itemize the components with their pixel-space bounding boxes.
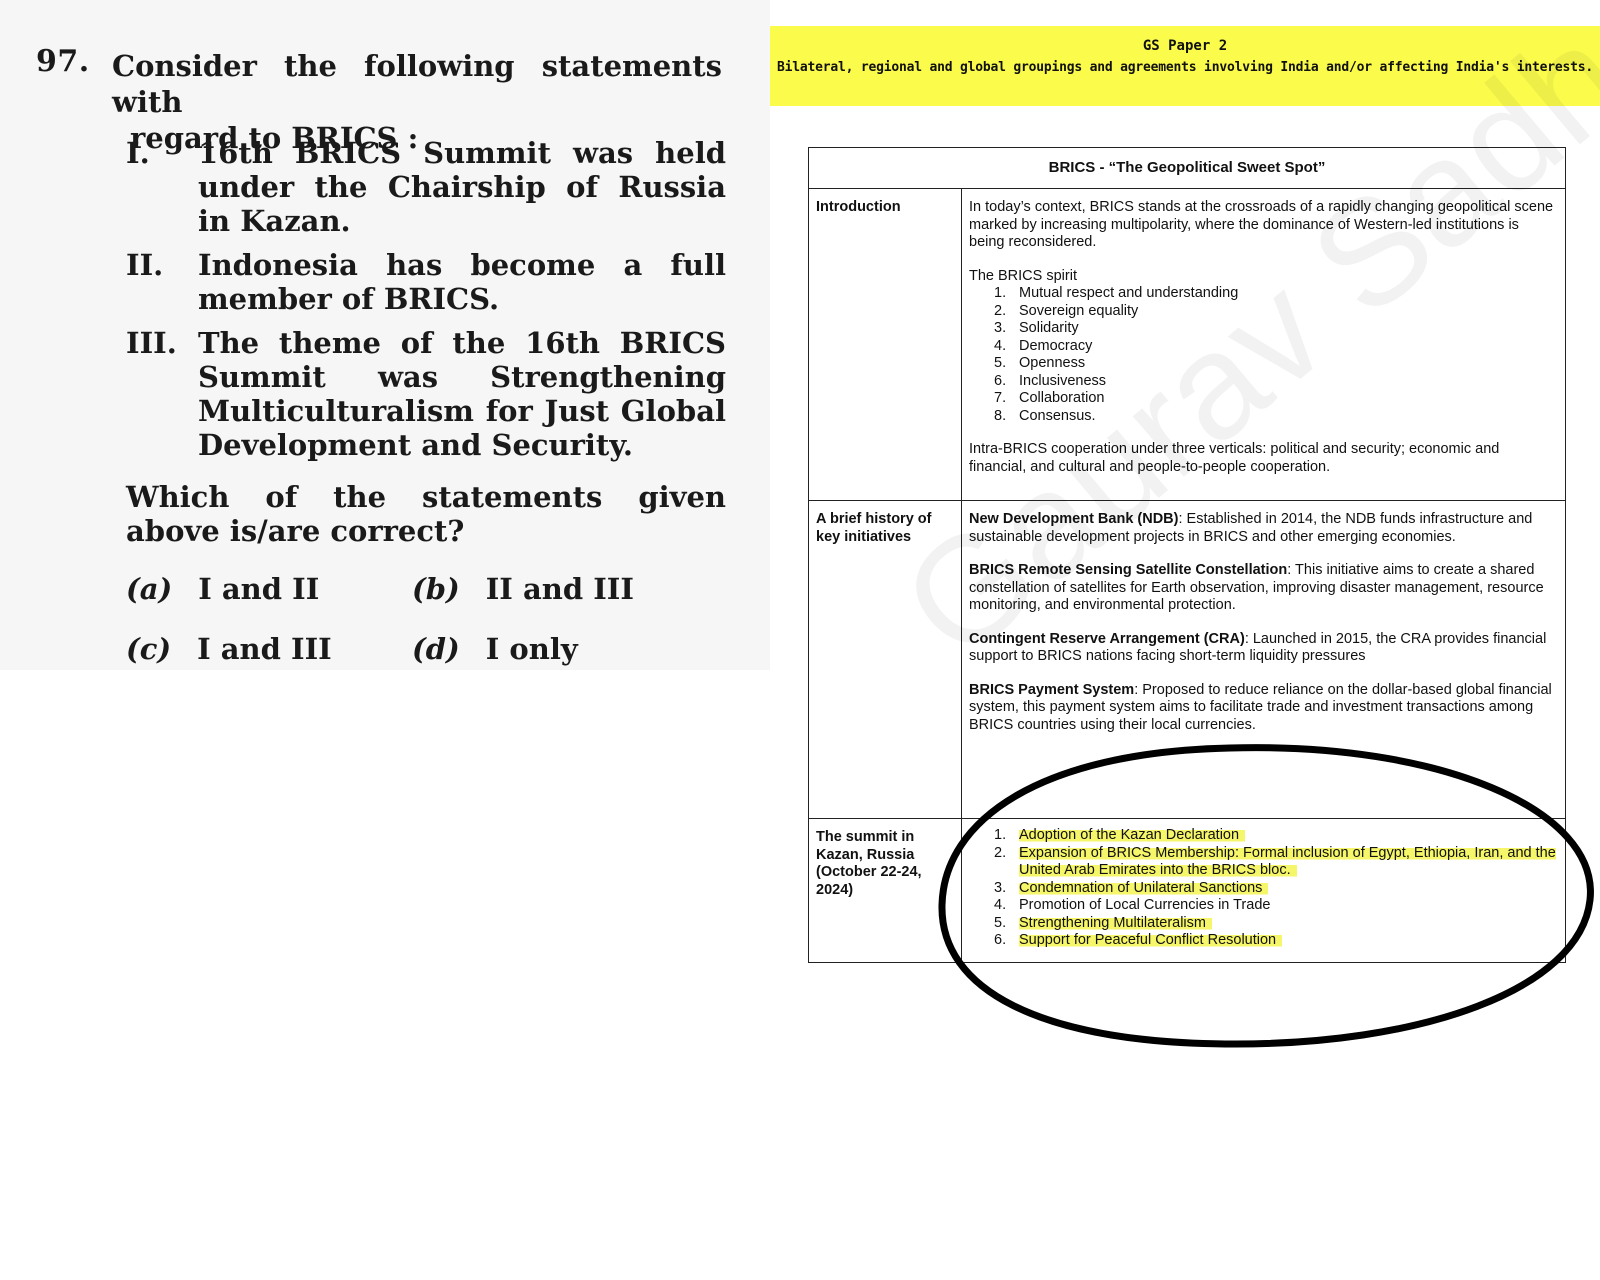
item-text: Solidarity bbox=[1019, 320, 1079, 336]
item-number: 1. bbox=[994, 285, 1006, 303]
option-letter: (b) bbox=[412, 572, 460, 606]
row-label: The summit in Kazan, Russia (October 22-… bbox=[809, 819, 962, 963]
spirit-item: 2.Sovereign equality bbox=[969, 303, 1558, 321]
item-text: Consensus. bbox=[1019, 408, 1096, 424]
table-row-summit: The summit in Kazan, Russia (October 22-… bbox=[809, 819, 1566, 963]
gs-paper-header: GS Paper 2 Bilateral, regional and globa… bbox=[770, 26, 1600, 106]
table-title: BRICS - “The Geopolitical Sweet Spot” bbox=[809, 148, 1566, 189]
row-label: A brief history of key initiatives bbox=[809, 501, 962, 819]
item-number: 4. bbox=[994, 897, 1006, 915]
initiative-name: Contingent Reserve Arrangement (CRA) bbox=[969, 631, 1245, 647]
initiative-paragraph: BRICS Remote Sensing Satellite Constella… bbox=[969, 562, 1558, 615]
item-text: Inclusiveness bbox=[1019, 373, 1106, 389]
gs-paper-title: GS Paper 2 bbox=[770, 38, 1600, 54]
row-content: In today’s context, BRICS stands at the … bbox=[962, 189, 1566, 501]
question-number: 97. bbox=[36, 44, 90, 79]
spirit-item: 4.Democracy bbox=[969, 338, 1558, 356]
initiative-paragraph: Contingent Reserve Arrangement (CRA): La… bbox=[969, 631, 1558, 666]
spirit-item: 1.Mutual respect and understanding bbox=[969, 285, 1558, 303]
row-content: 1.Adoption of the Kazan Declaration2.Exp… bbox=[962, 819, 1566, 963]
table-row-introduction: Introduction In today’s context, BRICS s… bbox=[809, 189, 1566, 501]
statement-numeral: II. bbox=[126, 248, 163, 282]
statement-text: The theme of the 16th BRICS Summit was S… bbox=[198, 326, 726, 462]
item-text: Collaboration bbox=[1019, 390, 1104, 406]
item-number: 3. bbox=[994, 880, 1006, 898]
highlighted-text: Promotion of Local Currencies in Trade bbox=[1019, 897, 1270, 913]
option-letter: (d) bbox=[412, 632, 460, 666]
initiative-name: BRICS Remote Sensing Satellite Constella… bbox=[969, 562, 1287, 578]
item-text: Openness bbox=[1019, 355, 1085, 371]
statement-2: II. Indonesia has become a full member o… bbox=[126, 248, 726, 316]
option-text: II and III bbox=[486, 572, 634, 606]
intro-paragraph: In today’s context, BRICS stands at the … bbox=[969, 199, 1558, 252]
row-label: Introduction bbox=[809, 189, 962, 501]
item-number: 5. bbox=[994, 915, 1006, 933]
item-text: Mutual respect and understanding bbox=[1019, 285, 1238, 301]
option-b[interactable]: (b)II and III bbox=[412, 572, 634, 606]
row-content: New Development Bank (NDB): Established … bbox=[962, 501, 1566, 819]
item-number: 3. bbox=[994, 320, 1006, 338]
option-text: I only bbox=[486, 632, 578, 666]
item-number: 8. bbox=[994, 408, 1006, 426]
option-letter: (a) bbox=[126, 572, 172, 606]
item-number: 2. bbox=[994, 303, 1006, 321]
verticals-paragraph: Intra-BRICS cooperation under three vert… bbox=[969, 441, 1558, 476]
spirit-item: 6.Inclusiveness bbox=[969, 373, 1558, 391]
summit-outcome-item: 4.Promotion of Local Currencies in Trade bbox=[969, 897, 1558, 915]
gs-paper-subtitle: Bilateral, regional and global groupings… bbox=[770, 60, 1600, 75]
option-a[interactable]: (a)I and II bbox=[126, 572, 319, 606]
exam-question: 97. Consider the following statements wi… bbox=[0, 0, 770, 670]
spirit-heading: The BRICS spirit bbox=[969, 268, 1558, 286]
spirit-list: 1.Mutual respect and understanding2.Sove… bbox=[969, 285, 1558, 425]
summit-outcome-item: 6.Support for Peaceful Conflict Resoluti… bbox=[969, 932, 1558, 950]
initiative-paragraph: New Development Bank (NDB): Established … bbox=[969, 511, 1558, 546]
summit-outcome-item: 1.Adoption of the Kazan Declaration bbox=[969, 827, 1558, 845]
statement-numeral: III. bbox=[126, 326, 177, 360]
summit-outcome-item: 3.Condemnation of Unilateral Sanctions bbox=[969, 880, 1558, 898]
highlighted-text: Condemnation of Unilateral Sanctions bbox=[1019, 880, 1268, 896]
item-text: Sovereign equality bbox=[1019, 303, 1138, 319]
item-number: 5. bbox=[994, 355, 1006, 373]
summit-outcomes-list: 1.Adoption of the Kazan Declaration2.Exp… bbox=[969, 827, 1558, 950]
item-number: 6. bbox=[994, 932, 1006, 950]
initiative-name: New Development Bank (NDB) bbox=[969, 511, 1178, 527]
option-letter: (c) bbox=[126, 632, 171, 666]
spirit-item: 3.Solidarity bbox=[969, 320, 1558, 338]
table-row-history: A brief history of key initiatives New D… bbox=[809, 501, 1566, 819]
item-number: 2. bbox=[994, 845, 1006, 863]
initiative-name: BRICS Payment System bbox=[969, 682, 1134, 698]
highlighted-text: Adoption of the Kazan Declaration bbox=[1019, 827, 1245, 843]
statement-text: Indonesia has become a full member of BR… bbox=[198, 248, 726, 316]
spirit-item: 8.Consensus. bbox=[969, 408, 1558, 426]
spirit-item: 5.Openness bbox=[969, 355, 1558, 373]
statement-3: III. The theme of the 16th BRICS Summit … bbox=[126, 326, 726, 462]
brics-notes-table: BRICS - “The Geopolitical Sweet Spot” In… bbox=[808, 147, 1566, 963]
question-stem-line1: Consider the following statements with bbox=[112, 49, 722, 119]
spirit-item: 7.Collaboration bbox=[969, 390, 1558, 408]
item-number: 1. bbox=[994, 827, 1006, 845]
option-text: I and II bbox=[198, 572, 319, 606]
question-prompt: Which of the statements given above is/a… bbox=[126, 480, 726, 548]
option-c[interactable]: (c)I and III bbox=[126, 632, 332, 666]
statement-text: 16th BRICS Summit was held under the Cha… bbox=[198, 136, 726, 238]
option-d[interactable]: (d)I only bbox=[412, 632, 578, 666]
item-number: 6. bbox=[994, 373, 1006, 391]
statement-numeral: I. bbox=[126, 136, 150, 170]
item-number: 7. bbox=[994, 390, 1006, 408]
summit-outcome-item: 5.Strengthening Multilateralism bbox=[969, 915, 1558, 933]
highlighted-text: Support for Peaceful Conflict Resolution bbox=[1019, 932, 1282, 948]
item-number: 4. bbox=[994, 338, 1006, 356]
highlighted-text: Strengthening Multilateralism bbox=[1019, 915, 1212, 931]
option-text: I and III bbox=[197, 632, 332, 666]
item-text: Democracy bbox=[1019, 338, 1092, 354]
statement-1: I. 16th BRICS Summit was held under the … bbox=[126, 136, 726, 238]
highlighted-text: Expansion of BRICS Membership: Formal in… bbox=[1019, 845, 1556, 879]
initiative-paragraph: BRICS Payment System: Proposed to reduce… bbox=[969, 682, 1558, 735]
summit-outcome-item: 2.Expansion of BRICS Membership: Formal … bbox=[969, 845, 1558, 880]
